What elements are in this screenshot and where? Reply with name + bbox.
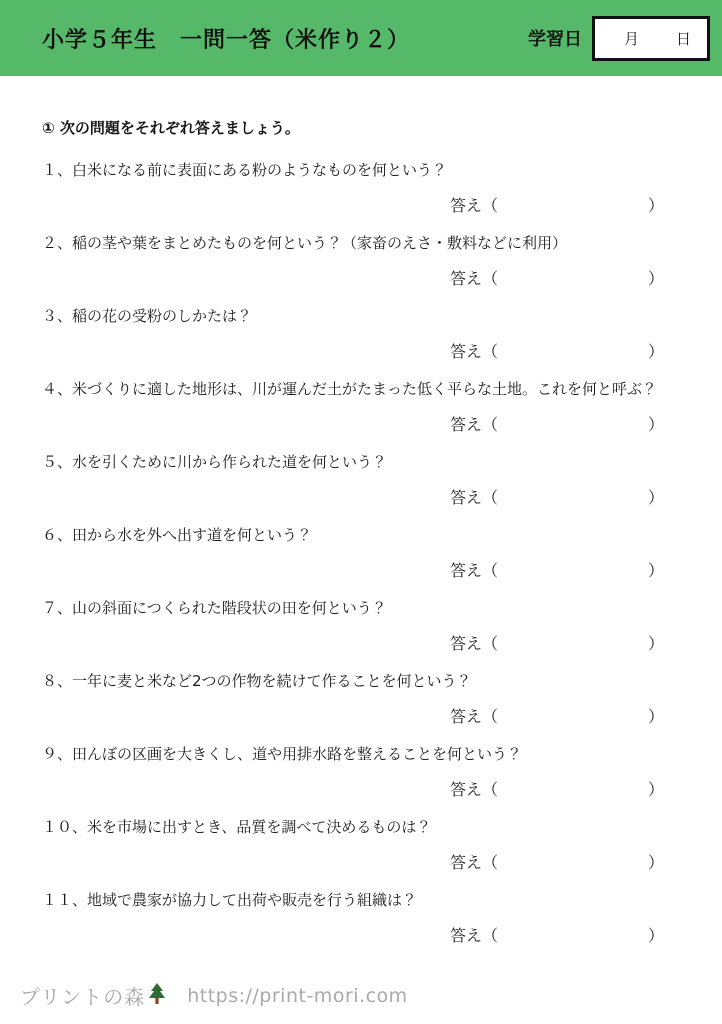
answer-line: 答え（ ） (450, 852, 722, 874)
answer-line: 答え（ ） (450, 779, 722, 801)
answer-close-paren: ） (648, 487, 664, 509)
answer-label: 答え（ (450, 852, 498, 874)
answer-close-paren: ） (648, 925, 664, 947)
question-text: １０、米を市場に出すとき、品質を調べて決めるものは？ (42, 816, 692, 838)
question-block: ９、田んぼの区画を大きくし、道や用排水路を整えることを何という？ 答え（ ） (0, 743, 722, 801)
question-block: ２、稲の茎や葉をまとめたものを何という？（家畜のえさ・敷料などに利用） 答え（ … (0, 232, 722, 290)
question-block: ８、一年に麦と米など2つの作物を続けて作ることを何という？ 答え（ ） (0, 670, 722, 728)
page-title: 小学５年生 一問一答（米作り２） (42, 23, 410, 54)
site-name: プリントの森 (20, 981, 145, 1010)
answer-line: 答え（ ） (450, 414, 722, 436)
answer-label: 答え（ (450, 925, 498, 947)
evergreen-tree-icon (147, 983, 167, 1009)
question-text: １、白米になる前に表面にある粉のようなものを何という？ (42, 159, 692, 181)
question-block: １１、地域で農家が協力して出荷や販売を行う組織は？ 答え（ ） (0, 889, 722, 947)
answer-label: 答え（ (450, 706, 498, 728)
answer-close-paren: ） (648, 560, 664, 582)
answer-line: 答え（ ） (450, 268, 722, 290)
answer-close-paren: ） (648, 852, 664, 874)
question-text: ４、米づくりに適した地形は、川が運んだ土がたまった低く平らな土地。これを何と呼ぶ… (42, 378, 692, 400)
instruction-text: ① 次の問題をそれぞれ答えましょう。 (42, 117, 722, 138)
question-block: ５、水を引くために川から作られた道を何という？ 答え（ ） (0, 451, 722, 509)
question-block: ７、山の斜面につくられた階段状の田を何という？ 答え（ ） (0, 597, 722, 655)
day-label: 日 (676, 28, 691, 49)
answer-label: 答え（ (450, 268, 498, 290)
answer-close-paren: ） (648, 341, 664, 363)
answer-line: 答え（ ） (450, 195, 722, 217)
question-block: ６、田から水を外へ出す道を何という？ 答え（ ） (0, 524, 722, 582)
answer-label: 答え（ (450, 633, 498, 655)
study-date-area: 学習日 月 日 (528, 16, 710, 61)
answer-label: 答え（ (450, 414, 498, 436)
answer-line: 答え（ ） (450, 706, 722, 728)
question-text: ８、一年に麦と米など2つの作物を続けて作ることを何という？ (42, 670, 692, 692)
answer-label: 答え（ (450, 341, 498, 363)
answer-close-paren: ） (648, 633, 664, 655)
site-url: https://print-mori.com (187, 985, 407, 1007)
question-text: ７、山の斜面につくられた階段状の田を何という？ (42, 597, 692, 619)
question-text: １１、地域で農家が協力して出荷や販売を行う組織は？ (42, 889, 692, 911)
answer-label: 答え（ (450, 195, 498, 217)
question-block: １、白米になる前に表面にある粉のようなものを何という？ 答え（ ） (0, 159, 722, 217)
date-entry-box: 月 日 (592, 16, 710, 61)
answer-line: 答え（ ） (450, 633, 722, 655)
question-text: ６、田から水を外へ出す道を何という？ (42, 524, 692, 546)
worksheet-page: 小学５年生 一問一答（米作り２） 学習日 月 日 ① 次の問題をそれぞれ答えまし… (0, 0, 722, 1024)
question-text: ３、稲の花の受粉のしかたは？ (42, 305, 692, 327)
answer-line: 答え（ ） (450, 487, 722, 509)
answer-line: 答え（ ） (450, 925, 722, 947)
question-list: １、白米になる前に表面にある粉のようなものを何という？ 答え（ ） ２、稲の茎や… (0, 159, 722, 947)
question-block: ３、稲の花の受粉のしかたは？ 答え（ ） (0, 305, 722, 363)
month-label: 月 (624, 28, 639, 49)
study-date-label: 学習日 (528, 25, 582, 51)
question-block: ４、米づくりに適した地形は、川が運んだ土がたまった低く平らな土地。これを何と呼ぶ… (0, 378, 722, 436)
question-text: ２、稲の茎や葉をまとめたものを何という？（家畜のえさ・敷料などに利用） (42, 232, 692, 254)
answer-close-paren: ） (648, 779, 664, 801)
answer-label: 答え（ (450, 560, 498, 582)
question-block: １０、米を市場に出すとき、品質を調べて決めるものは？ 答え（ ） (0, 816, 722, 874)
answer-line: 答え（ ） (450, 341, 722, 363)
answer-close-paren: ） (648, 195, 664, 217)
answer-close-paren: ） (648, 268, 664, 290)
question-text: ９、田んぼの区画を大きくし、道や用排水路を整えることを何という？ (42, 743, 692, 765)
header: 小学５年生 一問一答（米作り２） 学習日 月 日 (0, 0, 722, 76)
answer-close-paren: ） (648, 706, 664, 728)
answer-label: 答え（ (450, 487, 498, 509)
answer-label: 答え（ (450, 779, 498, 801)
question-text: ５、水を引くために川から作られた道を何という？ (42, 451, 692, 473)
answer-close-paren: ） (648, 414, 664, 436)
footer: プリントの森 https://print-mori.com (20, 981, 408, 1010)
answer-line: 答え（ ） (450, 560, 722, 582)
